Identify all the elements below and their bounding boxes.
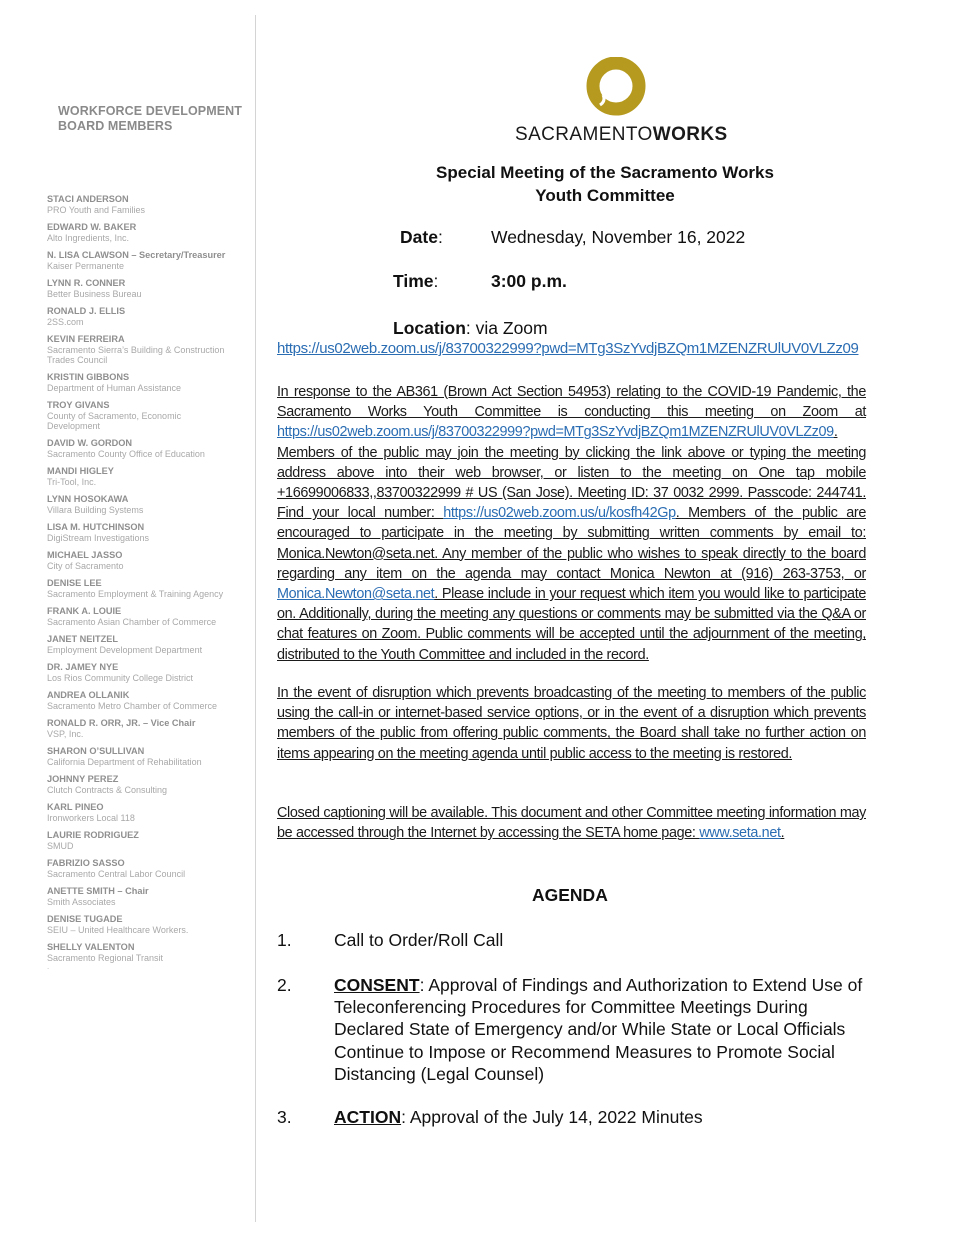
- board-member: MANDI HIGLEYTri-Tool, Inc.: [47, 466, 252, 487]
- member-name: EDWARD W. BAKER: [47, 222, 252, 233]
- local-number-link[interactable]: https://us02web.zoom.us/u/kosfh42Gp: [443, 505, 676, 521]
- agenda-item-description: Call to Order/Roll Call: [334, 930, 503, 950]
- board-member: SHARON O’SULLIVANCalifornia Department o…: [47, 746, 252, 767]
- location-row: Location: via Zoom: [393, 318, 548, 339]
- member-name: SHARON O’SULLIVAN: [47, 746, 252, 757]
- date-label: Date: [400, 227, 438, 247]
- members-list: STACI ANDERSONPRO Youth and FamiliesEDWA…: [47, 194, 252, 970]
- board-member: N. LISA CLAWSON – Secretary/TreasurerKai…: [47, 250, 252, 271]
- board-member: RONALD J. ELLIS2SS.com: [47, 306, 252, 327]
- board-member: FRANK A. LOUIESacramento Asian Chamber o…: [47, 606, 252, 627]
- member-organization: Sacramento Regional Transit: [47, 953, 252, 963]
- member-name: LAURIE RODRIGUEZ: [47, 830, 252, 841]
- member-organization: City of Sacramento: [47, 561, 252, 571]
- board-member: EDWARD W. BAKERAlto Ingredients, Inc.: [47, 222, 252, 243]
- disruption-paragraph: In the event of disruption which prevent…: [277, 683, 866, 764]
- member-organization: Ironworkers Local 118: [47, 813, 252, 823]
- date-row: Date:: [400, 227, 443, 248]
- member-organization: Kaiser Permanente: [47, 261, 252, 271]
- member-organization: Better Business Bureau: [47, 289, 252, 299]
- board-member: DAVID W. GORDONSacramento County Office …: [47, 438, 252, 459]
- member-name: KARL PINEO: [47, 802, 252, 813]
- logo-text-light: SACRAMENTO: [515, 124, 653, 145]
- member-organization: PRO Youth and Families: [47, 205, 252, 215]
- member-organization: California Department of Rehabilitation: [47, 757, 252, 767]
- member-name: MANDI HIGLEY: [47, 466, 252, 477]
- member-organization: Tri-Tool, Inc.: [47, 477, 252, 487]
- captioning-text-end: .: [781, 825, 785, 841]
- location-value: via Zoom: [476, 318, 548, 338]
- board-member: JOHNNY PEREZClutch Contracts & Consultin…: [47, 774, 252, 795]
- member-organization: Villara Building Systems: [47, 505, 252, 515]
- member-name: RONALD R. ORR, JR. – Vice Chair: [47, 718, 252, 729]
- agenda-item-sep: :: [420, 975, 429, 995]
- agenda-item-text: ACTION: Approval of the July 14, 2022 Mi…: [334, 1106, 864, 1128]
- time-value: 3:00 p.m.: [491, 271, 567, 292]
- member-organization: Sacramento County Office of Education: [47, 449, 252, 459]
- board-member: FABRIZIO SASSOSacramento Central Labor C…: [47, 858, 252, 879]
- member-organization: County of Sacramento, Economic: [47, 411, 252, 421]
- member-organization: SEIU – United Healthcare Workers.: [47, 925, 252, 935]
- member-organization: Smith Associates: [47, 897, 252, 907]
- board-member: ANETTE SMITH – ChairSmith Associates: [47, 886, 252, 907]
- member-name: N. LISA CLAWSON – Secretary/Treasurer: [47, 250, 252, 261]
- member-name: STACI ANDERSON: [47, 194, 252, 205]
- board-member: RONALD R. ORR, JR. – Vice ChairVSP, Inc.: [47, 718, 252, 739]
- member-organization: Sacramento Employment & Training Agency: [47, 589, 252, 599]
- agenda-item-number: 2.: [277, 974, 292, 996]
- sidebar-title-line2: BOARD MEMBERS: [58, 119, 242, 134]
- agenda-item-text: Call to Order/Roll Call: [334, 929, 864, 951]
- logo-text-bold: WORKS: [653, 124, 728, 145]
- member-organization: Development: [47, 421, 252, 431]
- sidebar-title-line1: WORKFORCE DEVELOPMENT: [58, 104, 242, 119]
- member-organization: Sacramento Sierra’s Building & Construct…: [47, 345, 252, 355]
- member-name: DR. JAMEY NYE: [47, 662, 252, 673]
- agenda-item-text: CONSENT: Approval of Findings and Author…: [334, 974, 864, 1085]
- time-label: Time: [393, 271, 434, 291]
- date-value: Wednesday, November 16, 2022: [491, 227, 745, 248]
- member-name: ANETTE SMITH – Chair: [47, 886, 252, 897]
- board-member: KEVIN FERREIRASacramento Sierra’s Buildi…: [47, 334, 252, 365]
- agenda-item-number: 3.: [277, 1106, 292, 1128]
- meeting-title-line1: Special Meeting of the Sacramento Works: [380, 161, 830, 184]
- logo-wordmark: SACRAMENTOWORKS: [515, 124, 728, 146]
- member-name: DENISE LEE: [47, 578, 252, 589]
- sidebar-trailing-mark: .: [47, 962, 49, 971]
- member-organization: Los Rios Community College District: [47, 673, 252, 683]
- zoom-meeting-link[interactable]: https://us02web.zoom.us/j/83700322999?pw…: [277, 340, 858, 357]
- meeting-title: Special Meeting of the Sacramento Works …: [380, 161, 830, 207]
- vertical-divider: [255, 15, 256, 1222]
- meeting-title-line2: Youth Committee: [380, 184, 830, 207]
- location-label: Location: [393, 318, 466, 338]
- member-name: LISA M. HUTCHINSON: [47, 522, 252, 533]
- seta-website-link[interactable]: www.seta.net: [699, 825, 780, 841]
- member-name: ANDREA OLLANIK: [47, 690, 252, 701]
- zoom-link-inline[interactable]: https://us02web.zoom.us/j/83700322999?pw…: [277, 424, 834, 440]
- member-organization: VSP, Inc.: [47, 729, 252, 739]
- member-organization: 2SS.com: [47, 317, 252, 327]
- board-member: LISA M. HUTCHINSONDigiStream Investigati…: [47, 522, 252, 543]
- member-organization: Sacramento Metro Chamber of Commerce: [47, 701, 252, 711]
- member-name: JOHNNY PEREZ: [47, 774, 252, 785]
- member-name: LYNN HOSOKAWA: [47, 494, 252, 505]
- member-organization: Sacramento Asian Chamber of Commerce: [47, 617, 252, 627]
- agenda-item-sep: :: [401, 1107, 410, 1127]
- member-name: LYNN R. CONNER: [47, 278, 252, 289]
- board-member: DR. JAMEY NYELos Rios Community College …: [47, 662, 252, 683]
- board-members-sidebar: WORKFORCE DEVELOPMENT BOARD MEMBERS STAC…: [0, 0, 255, 1260]
- member-organization: SMUD: [47, 841, 252, 851]
- email-link[interactable]: Monica.Newton@seta.net: [277, 586, 434, 602]
- member-name: DAVID W. GORDON: [47, 438, 252, 449]
- sidebar-title: WORKFORCE DEVELOPMENT BOARD MEMBERS: [58, 104, 242, 134]
- board-member: JANET NEITZELEmployment Development Depa…: [47, 634, 252, 655]
- notice-text: In response to the AB361 (Brown Act Sect…: [277, 384, 866, 420]
- member-organization: DigiStream Investigations: [47, 533, 252, 543]
- member-name: RONALD J. ELLIS: [47, 306, 252, 317]
- member-organization: Employment Development Department: [47, 645, 252, 655]
- board-member: STACI ANDERSONPRO Youth and Families: [47, 194, 252, 215]
- board-member: ANDREA OLLANIKSacramento Metro Chamber o…: [47, 690, 252, 711]
- board-member: LYNN R. CONNERBetter Business Bureau: [47, 278, 252, 299]
- member-organization: Department of Human Assistance: [47, 383, 252, 393]
- time-row: Time:: [393, 271, 438, 292]
- captioning-paragraph: Closed captioning will be available. Thi…: [277, 803, 866, 843]
- board-member: LAURIE RODRIGUEZSMUD: [47, 830, 252, 851]
- board-member: TROY GIVANSCounty of Sacramento, Economi…: [47, 400, 252, 431]
- board-member: DENISE LEESacramento Employment & Traini…: [47, 578, 252, 599]
- member-name: KEVIN FERREIRA: [47, 334, 252, 345]
- member-name: MICHAEL JASSO: [47, 550, 252, 561]
- agenda-item-tag: ACTION: [334, 1107, 401, 1127]
- member-name: DENISE TUGADE: [47, 914, 252, 925]
- member-name: SHELLY VALENTON: [47, 942, 252, 953]
- member-name: JANET NEITZEL: [47, 634, 252, 645]
- agenda-title: AGENDA: [532, 885, 608, 906]
- board-member: KARL PINEOIronworkers Local 118: [47, 802, 252, 823]
- member-name: FRANK A. LOUIE: [47, 606, 252, 617]
- member-organization: Sacramento Central Labor Council: [47, 869, 252, 879]
- agenda-item-description: Approval of the July 14, 2022 Minutes: [410, 1107, 703, 1127]
- member-name: KRISTIN GIBBONS: [47, 372, 252, 383]
- board-member: KRISTIN GIBBONSDepartment of Human Assis…: [47, 372, 252, 393]
- board-member: DENISE TUGADESEIU – United Healthcare Wo…: [47, 914, 252, 935]
- agenda-item-tag: CONSENT: [334, 975, 420, 995]
- sacramento-works-logo-icon: [586, 57, 646, 117]
- member-organization: Clutch Contracts & Consulting: [47, 785, 252, 795]
- board-member: SHELLY VALENTONSacramento Regional Trans…: [47, 942, 252, 963]
- member-organization: Trades Council: [47, 355, 252, 365]
- board-member: LYNN HOSOKAWAVillara Building Systems: [47, 494, 252, 515]
- agenda-item-number: 1.: [277, 929, 292, 951]
- member-organization: Alto Ingredients, Inc.: [47, 233, 252, 243]
- covid-notice-paragraph: In response to the AB361 (Brown Act Sect…: [277, 382, 866, 665]
- member-name: TROY GIVANS: [47, 400, 252, 411]
- board-member: MICHAEL JASSOCity of Sacramento: [47, 550, 252, 571]
- member-name: FABRIZIO SASSO: [47, 858, 252, 869]
